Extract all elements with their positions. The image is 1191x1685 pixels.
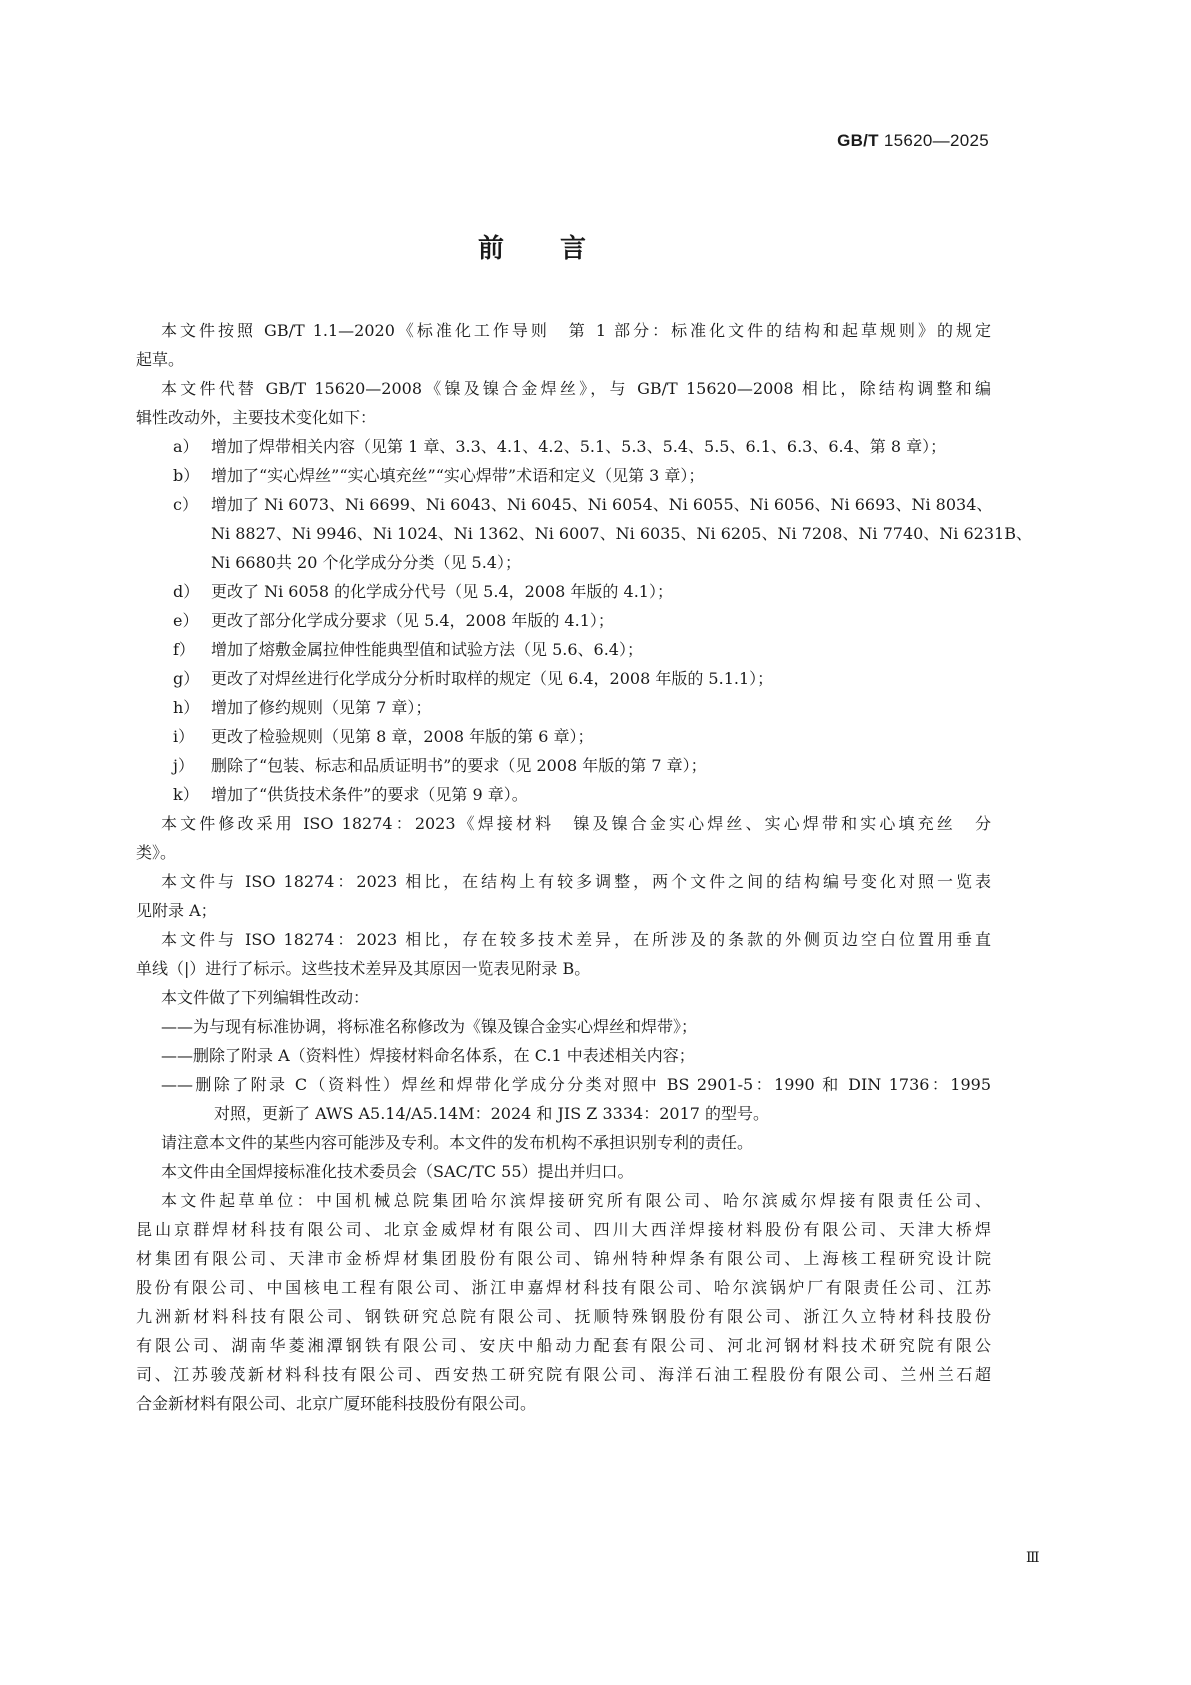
change-item-k: k）增加了“供货技术条件”的要求（见第 9 章）。 (173, 785, 528, 805)
proposer-statement: 本文件由全国焊接标准化技术委员会（SAC/TC 55）提出并归口。 (161, 1162, 634, 1182)
item-text: 增加了熔敷金属拉伸性能典型值和试验方法（见 5.6、6.4）； (211, 640, 643, 659)
editorial-item-3-line2: 对照，更新了 AWS A5.14/A5.14M：2024 和 JIS Z 333… (214, 1104, 769, 1124)
drafters-line-8: 合金新材料有限公司、北京广厦环能科技股份有限公司。 (136, 1394, 536, 1414)
paragraph-adoption-line2: 类》。 (136, 843, 176, 863)
paragraph-structure-diff-line2: 见附录 A； (136, 901, 217, 921)
drafters-line-5: 九洲新材料科技有限公司、钢铁研究总院有限公司、抚顺特殊钢股份有限公司、浙江久立特… (136, 1307, 991, 1327)
item-label: i） (173, 727, 211, 747)
paragraph-replacement-line1: 本文件代替 GB/T 15620—2008《镍及镍合金焊丝》，与 GB/T 15… (161, 379, 991, 399)
page-number: Ⅲ (1026, 1550, 1040, 1566)
item-text: 更改了部分化学成分要求（见 5.4，2008 年版的 4.1）； (211, 611, 614, 630)
paragraph-drafting-basis-line2: 起草。 (136, 350, 184, 370)
change-item-f: f）增加了熔敷金属拉伸性能典型值和试验方法（见 5.6、6.4）； (173, 640, 643, 660)
item-label: c） (173, 495, 211, 515)
item-text: 更改了 Ni 6058 的化学成分代号（见 5.4，2008 年版的 4.1）； (211, 582, 673, 601)
drafters-line-1: 本文件起草单位：中国机械总院集团哈尔滨焊接研究所有限公司、哈尔滨威尔焊接有限责任… (161, 1191, 991, 1211)
paragraph-structure-diff-line1: 本文件与 ISO 18274：2023 相比，在结构上有较多调整，两个文件之间的… (161, 872, 991, 892)
change-item-d: d）更改了 Ni 6058 的化学成分代号（见 5.4，2008 年版的 4.1… (173, 582, 673, 602)
drafters-line-3: 材集团有限公司、天津市金桥焊材集团股份有限公司、锦州特种焊条有限公司、上海核工程… (136, 1249, 991, 1269)
item-text: 删除了“包装、标志和品质证明书”的要求（见 2008 年版的第 7 章）； (211, 756, 707, 775)
item-text: 增加了焊带相关内容（见第 1 章、3.3、4.1、4.2、5.1、5.3、5.4… (211, 437, 946, 456)
paragraph-adoption-line1: 本文件修改采用 ISO 18274：2023《焊接材料 镍及镍合金实心焊丝、实心… (161, 814, 991, 834)
item-label: f） (173, 640, 211, 660)
paragraph-tech-diff-line1: 本文件与 ISO 18274：2023 相比，存在较多技术差异，在所涉及的条款的… (161, 930, 991, 950)
item-label: h） (173, 698, 211, 718)
item-label: b） (173, 466, 211, 486)
patent-notice: 请注意本文件的某些内容可能涉及专利。本文件的发布机构不承担识别专利的责任。 (161, 1133, 753, 1153)
change-item-c-line2: Ni 8827、Ni 9946、Ni 1024、Ni 1362、Ni 6007、… (211, 524, 991, 544)
change-item-b: b）增加了“实心焊丝”“实心填充丝”“实心焊带”术语和定义（见第 3 章）； (173, 466, 704, 486)
editorial-item-2: ——删除了附录 A（资料性）焊接材料命名体系，在 C.1 中表述相关内容； (161, 1046, 695, 1066)
item-label: d） (173, 582, 211, 602)
change-item-c-line3: Ni 6680共 20 个化学成分分类（见 5.4）； (211, 553, 521, 573)
drafters-line-7: 司、江苏骏茂新材料科技有限公司、西安热工研究院有限公司、海洋石油工程股份有限公司… (136, 1365, 991, 1385)
item-text: 增加了修约规则（见第 7 章）； (211, 698, 431, 717)
paragraph-editorial-intro: 本文件做了下列编辑性改动： (161, 988, 369, 1008)
item-label: e） (173, 611, 211, 631)
paragraph-replacement-line2: 辑性改动外，主要技术变化如下： (136, 408, 376, 428)
document-page: GB/T 15620—2025 前言 本文件按照 GB/T 1.1—2020《标… (0, 0, 1191, 1685)
item-label: a） (173, 437, 211, 457)
paragraph-tech-diff-line2: 单线（|）进行了标示。这些技术差异及其原因一览表见附录 B。 (136, 959, 590, 979)
item-label: k） (173, 785, 211, 805)
drafters-line-6: 有限公司、湖南华菱湘潭钢铁有限公司、安庆中船动力配套有限公司、河北河钢材料技术研… (136, 1336, 991, 1356)
drafters-line-2: 昆山京群焊材科技有限公司、北京金威焊材有限公司、四川大西洋焊接材料股份有限公司、… (136, 1220, 991, 1240)
change-item-h: h）增加了修约规则（见第 7 章）； (173, 698, 431, 718)
drafters-line-4: 股份有限公司、中国核电工程有限公司、浙江申嘉焊材科技有限公司、哈尔滨锅炉厂有限责… (136, 1278, 991, 1298)
item-text: 更改了检验规则（见第 8 章，2008 年版的第 6 章）； (211, 727, 594, 746)
standard-number: 15620—2025 (884, 131, 989, 150)
item-text: 更改了对焊丝进行化学成分分析时取样的规定（见 6.4，2008 年版的 5.1.… (211, 669, 773, 688)
item-text: 增加了 Ni 6073、Ni 6699、Ni 6043、Ni 6045、Ni 6… (211, 495, 992, 514)
standard-prefix: GB/T (837, 131, 879, 150)
paragraph-drafting-basis-line1: 本文件按照 GB/T 1.1—2020《标准化工作导则 第 1 部分：标准化文件… (161, 321, 991, 341)
item-text: 增加了“供货技术条件”的要求（见第 9 章）。 (211, 785, 528, 804)
change-item-j: j）删除了“包装、标志和品质证明书”的要求（见 2008 年版的第 7 章）； (173, 756, 707, 776)
change-item-g: g）更改了对焊丝进行化学成分分析时取样的规定（见 6.4，2008 年版的 5.… (173, 669, 773, 689)
change-item-i: i）更改了检验规则（见第 8 章，2008 年版的第 6 章）； (173, 727, 594, 747)
editorial-item-1: ——为与现有标准协调，将标准名称修改为《镍及镍合金实心焊丝和焊带》； (161, 1017, 697, 1037)
item-label: g） (173, 669, 211, 689)
item-label: j） (173, 756, 211, 776)
standard-number-header: GB/T 15620—2025 (837, 131, 989, 151)
change-item-a: a）增加了焊带相关内容（见第 1 章、3.3、4.1、4.2、5.1、5.3、5… (173, 437, 946, 457)
page-title: 前言 (0, 228, 1120, 265)
item-text: 增加了“实心焊丝”“实心填充丝”“实心焊带”术语和定义（见第 3 章）； (211, 466, 704, 485)
change-item-e: e）更改了部分化学成分要求（见 5.4，2008 年版的 4.1）； (173, 611, 614, 631)
change-item-c: c）增加了 Ni 6073、Ni 6699、Ni 6043、Ni 6045、Ni… (173, 495, 992, 515)
editorial-item-3: ——删除了附录 C（资料性）焊丝和焊带化学成分分类对照中 BS 2901-5：1… (161, 1075, 991, 1095)
